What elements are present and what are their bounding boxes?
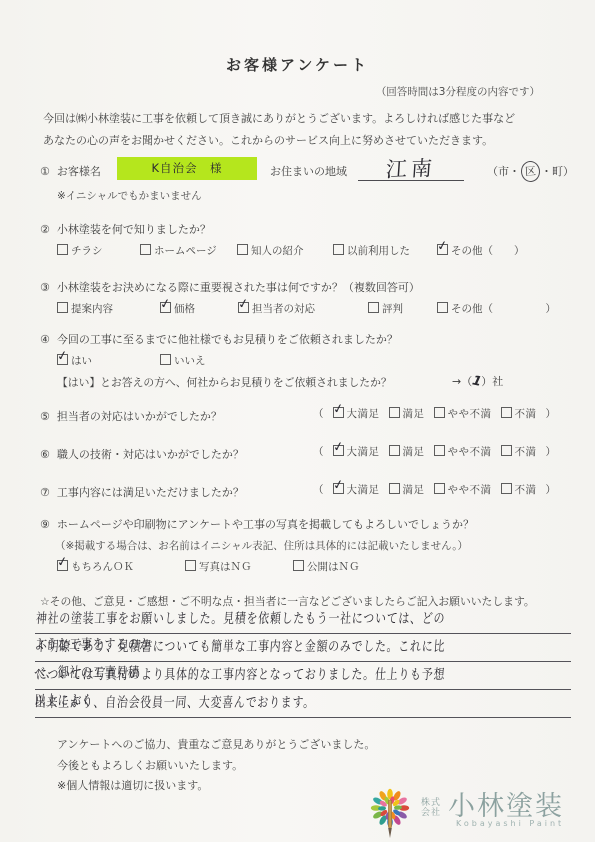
- checkbox-label: 大満足: [347, 408, 380, 420]
- initial-note: ※イニシャルでもかまいません: [57, 188, 202, 203]
- checkbox-icon: [333, 407, 344, 418]
- q5-option-somewhat-dissatisfied[interactable]: やや不満: [434, 406, 492, 421]
- q3-option-other[interactable]: その他（ ）: [437, 301, 556, 316]
- checkbox-label: 満足: [403, 484, 425, 496]
- area-field[interactable]: 江南: [358, 153, 464, 181]
- checkbox-icon: [501, 445, 512, 456]
- checkbox-label: その他（ ）: [451, 245, 525, 257]
- q9-question: ⑨ホームページや印刷物にアンケートや工事の写真を掲載してもよろしいでしょうか？: [40, 516, 474, 532]
- survey-page: お客様アンケート （回答時間は3分程度の内容です） 今回は㈱小林塗装に工事を依頼…: [0, 0, 595, 842]
- q3-question: ③小林塗装をお決めになる際に重要視された事は何ですか？（複数回答可）: [40, 279, 420, 295]
- city-ward-town: （市・区・町）: [487, 161, 574, 182]
- q9-option-photo-ng[interactable]: 写真はＮＧ: [185, 559, 252, 574]
- q6-option-very-satisfied[interactable]: 大満足: [333, 444, 380, 459]
- q2-question-text: 小林塗装を何で知りましたか？: [57, 223, 211, 236]
- logo-prefix-line1: 株式: [421, 798, 441, 808]
- checkbox-label: 写真はＮＧ: [199, 561, 252, 573]
- checkbox-label: 不満: [515, 484, 537, 496]
- area-label: お住まいの地域: [270, 163, 347, 179]
- area-value: 江南: [385, 152, 437, 184]
- checkbox-icon: [160, 354, 171, 365]
- q7-question: ⑦工事内容には満足いただけましたか？: [40, 484, 244, 500]
- comment-line: 神社の塗装工事をお願いしました。見積を依頼したもう一社については、どのような工事…: [35, 606, 571, 634]
- q4-option-no[interactable]: いいえ: [160, 353, 206, 368]
- q5-options-row: （ 大満足 満足 やや不満 不満 ）: [313, 406, 556, 421]
- checkbox-icon: [389, 483, 400, 494]
- checkbox-label: 提案内容: [71, 303, 113, 315]
- paren-open: （: [313, 482, 324, 497]
- q5-option-dissatisfied[interactable]: 不満: [501, 406, 537, 421]
- q9-question-text: ホームページや印刷物にアンケートや工事の写真を掲載してもよろしいでしょうか？: [57, 518, 474, 531]
- q7-option-dissatisfied[interactable]: 不満: [501, 482, 537, 497]
- checkbox-label: 満足: [403, 446, 425, 458]
- q5-question-text: 担当者の対応はいかがでしたか？: [57, 410, 222, 423]
- q4-question-text: 今回の工事に至るまでに他社様でもお見積りをご依頼されましたか？: [57, 333, 398, 346]
- q9-number: ⑨: [40, 518, 50, 531]
- checkbox-label: もちろんＯＫ: [71, 561, 134, 573]
- comment-line: については写真付のより具体的な工事内容となっておりました。仕上りも予想以上によく: [35, 662, 571, 690]
- logo-prefix-line2: 会社: [421, 808, 441, 818]
- checkbox-icon: [333, 445, 344, 456]
- checkbox-icon: [57, 354, 68, 365]
- q4-question: ④今回の工事に至るまでに他社様でもお見積りをご依頼されましたか？: [40, 331, 398, 347]
- checkbox-label: はい: [71, 355, 92, 367]
- q2-option-homepage[interactable]: ホームページ: [140, 243, 217, 258]
- q4-number: ④: [40, 333, 50, 346]
- q6-question-text: 職人の技術・対応はいかがでしたか？: [57, 448, 244, 461]
- q3-option-staff-response[interactable]: 担当者の対応: [238, 301, 315, 316]
- checkbox-icon: [501, 407, 512, 418]
- checkbox-icon: [57, 244, 68, 255]
- comment-text-4: 出来上がり、自治会役員一同、大変喜んでおります。: [34, 690, 316, 716]
- q6-options-row: （ 大満足 満足 やや不満 不満 ）: [313, 444, 556, 459]
- q2-number: ②: [40, 223, 50, 236]
- q2-option-used-before[interactable]: 以前利用した: [333, 243, 410, 258]
- intro-line-2: あなたの心の声をお聞かせください。これからのサービス向上に努めさせていただきます…: [43, 132, 493, 148]
- logo-company-prefix: 株式 会社: [421, 798, 441, 818]
- q1-label-row: ①お客様名: [40, 163, 101, 179]
- paren-open: （: [313, 406, 324, 421]
- q4-followup-question: 【はい】とお答えの方へ、何社からお見積りをご依頼されましたか？: [57, 375, 392, 390]
- checkbox-icon: [501, 483, 512, 494]
- q3-option-reputation[interactable]: 評判: [368, 301, 403, 316]
- paren-close: ）: [546, 406, 557, 421]
- q5-question: ⑤担当者の対応はいかがでしたか？: [40, 408, 222, 424]
- checkbox-label: その他（ ）: [451, 303, 556, 315]
- q5-number: ⑤: [40, 410, 50, 423]
- checkbox-label: 大満足: [347, 484, 380, 496]
- checkbox-icon: [434, 483, 445, 494]
- checkbox-icon: [437, 244, 448, 255]
- q2-option-other[interactable]: その他（ ）: [437, 243, 525, 258]
- checkbox-icon: [57, 560, 68, 571]
- q3-number: ③: [40, 281, 50, 294]
- q4-option-yes[interactable]: はい: [57, 353, 92, 368]
- checkbox-icon: [238, 302, 249, 313]
- intro-line-1: 今回は㈱小林塗装に工事を依頼して頂き誠にありがとうございます。よろしければ感じた…: [43, 110, 515, 126]
- checkbox-label: いいえ: [174, 355, 206, 367]
- checkbox-label: 公開はＮＧ: [307, 561, 360, 573]
- comment-line: 出来上がり、自治会役員一同、大変喜んでおります。: [35, 690, 571, 718]
- q7-option-somewhat-dissatisfied[interactable]: やや不満: [434, 482, 492, 497]
- area-post: ・町）: [541, 165, 574, 178]
- checkbox-label: やや不満: [448, 446, 492, 458]
- checkbox-label: 担当者の対応: [252, 303, 315, 315]
- checkbox-label: やや不満: [448, 484, 492, 496]
- response-time-note: （回答時間は3分程度の内容です）: [376, 84, 540, 99]
- q7-options-row: （ 大満足 満足 やや不満 不満 ）: [313, 482, 556, 497]
- checkbox-label: やや不満: [448, 408, 492, 420]
- checkbox-icon: [333, 244, 344, 255]
- q4-followup-answer[interactable]: →（1）社: [452, 373, 503, 389]
- checkbox-label: 知人の紹介: [251, 245, 304, 257]
- company-logo: 株式 会社 小林塗装 Kobayashi Paint: [364, 786, 570, 840]
- q7-number: ⑦: [40, 486, 50, 499]
- q2-option-referral[interactable]: 知人の紹介: [237, 243, 304, 258]
- logo-company-en: Kobayashi Paint: [456, 819, 564, 828]
- q7-option-satisfied[interactable]: 満足: [389, 482, 425, 497]
- logo-burst-icon: [364, 786, 416, 840]
- privacy-note: ※個人情報は適切に扱います。: [57, 777, 208, 793]
- q5-option-very-satisfied[interactable]: 大満足: [333, 406, 380, 421]
- thanks-line-2: 今後ともよろしくお願いいたします。: [57, 757, 243, 773]
- q9-note: （※掲載する場合は、お名前はイニシャル表記、住所は具体的には記載いたしません。）: [55, 538, 468, 553]
- q3-option-price[interactable]: 価格: [160, 301, 195, 316]
- checkbox-icon: [368, 302, 379, 313]
- customer-name-field[interactable]: K自治会 様: [117, 157, 257, 180]
- checkbox-icon: [333, 483, 344, 494]
- comment-area[interactable]: 神社の塗装工事をお願いしました。見積を依頼したもう一社については、どのような工事…: [35, 606, 571, 718]
- q6-option-dissatisfied[interactable]: 不満: [501, 444, 537, 459]
- checkbox-icon: [140, 244, 151, 255]
- q2-question: ②小林塗装を何で知りましたか？: [40, 221, 211, 237]
- paren-close-sha: ）社: [481, 375, 503, 388]
- area-pre: （市・: [487, 165, 520, 178]
- q9-option-ok[interactable]: もちろんＯＫ: [57, 559, 134, 574]
- checkbox-label: 大満足: [347, 446, 380, 458]
- customer-name-value: K自治会 様: [151, 161, 222, 175]
- customer-name-label: お客様名: [57, 165, 101, 178]
- ward-circled: 区: [520, 160, 540, 182]
- checkbox-label: ホームページ: [154, 245, 217, 257]
- q6-question: ⑥職人の技術・対応はいかがでしたか？: [40, 446, 244, 462]
- checkbox-icon: [389, 407, 400, 418]
- q6-option-somewhat-dissatisfied[interactable]: やや不満: [434, 444, 492, 459]
- checkbox-icon: [389, 445, 400, 456]
- q6-number: ⑥: [40, 448, 50, 461]
- checkbox-icon: [237, 244, 248, 255]
- paren-close: ）: [546, 482, 557, 497]
- checkbox-label: 不満: [515, 446, 537, 458]
- q3-question-text: 小林塗装をお決めになる際に重要視された事は何ですか？（複数回答可）: [57, 281, 420, 294]
- checkbox-icon: [160, 302, 171, 313]
- checkbox-label: 満足: [403, 408, 425, 420]
- q3-option-proposal[interactable]: 提案内容: [57, 301, 113, 316]
- checkbox-label: 以前利用した: [347, 245, 410, 257]
- q6-option-satisfied[interactable]: 満足: [389, 444, 425, 459]
- q2-option-flyer[interactable]: チラシ: [57, 243, 103, 258]
- q9-option-publish-ng[interactable]: 公開はＮＧ: [293, 559, 360, 574]
- checkbox-icon: [434, 445, 445, 456]
- q7-question-text: 工事内容には満足いただけましたか？: [57, 486, 244, 499]
- q1-number: ①: [40, 165, 50, 178]
- thanks-line-1: アンケートへのご協力、貴重なご意見ありがとうございました。: [57, 736, 375, 752]
- checkbox-label: 評判: [382, 303, 403, 315]
- paren-open: （: [313, 444, 324, 459]
- checkbox-icon: [185, 560, 196, 571]
- checkbox-icon: [57, 302, 68, 313]
- q7-option-very-satisfied[interactable]: 大満足: [333, 482, 380, 497]
- comment-line: 不明瞭であり、見積書についても簡単な工事内容と金額のみでした。これに比べ、御社の…: [35, 634, 571, 662]
- checkbox-label: 不満: [515, 408, 537, 420]
- checkbox-label: 価格: [174, 303, 195, 315]
- checkbox-icon: [293, 560, 304, 571]
- checkbox-label: チラシ: [71, 245, 103, 257]
- q5-option-satisfied[interactable]: 満足: [389, 406, 425, 421]
- logo-company-name: 小林塗装: [448, 784, 564, 823]
- checkbox-icon: [437, 302, 448, 313]
- paren-close: ）: [546, 444, 557, 459]
- page-title: お客様アンケート: [0, 54, 595, 75]
- checkbox-icon: [434, 407, 445, 418]
